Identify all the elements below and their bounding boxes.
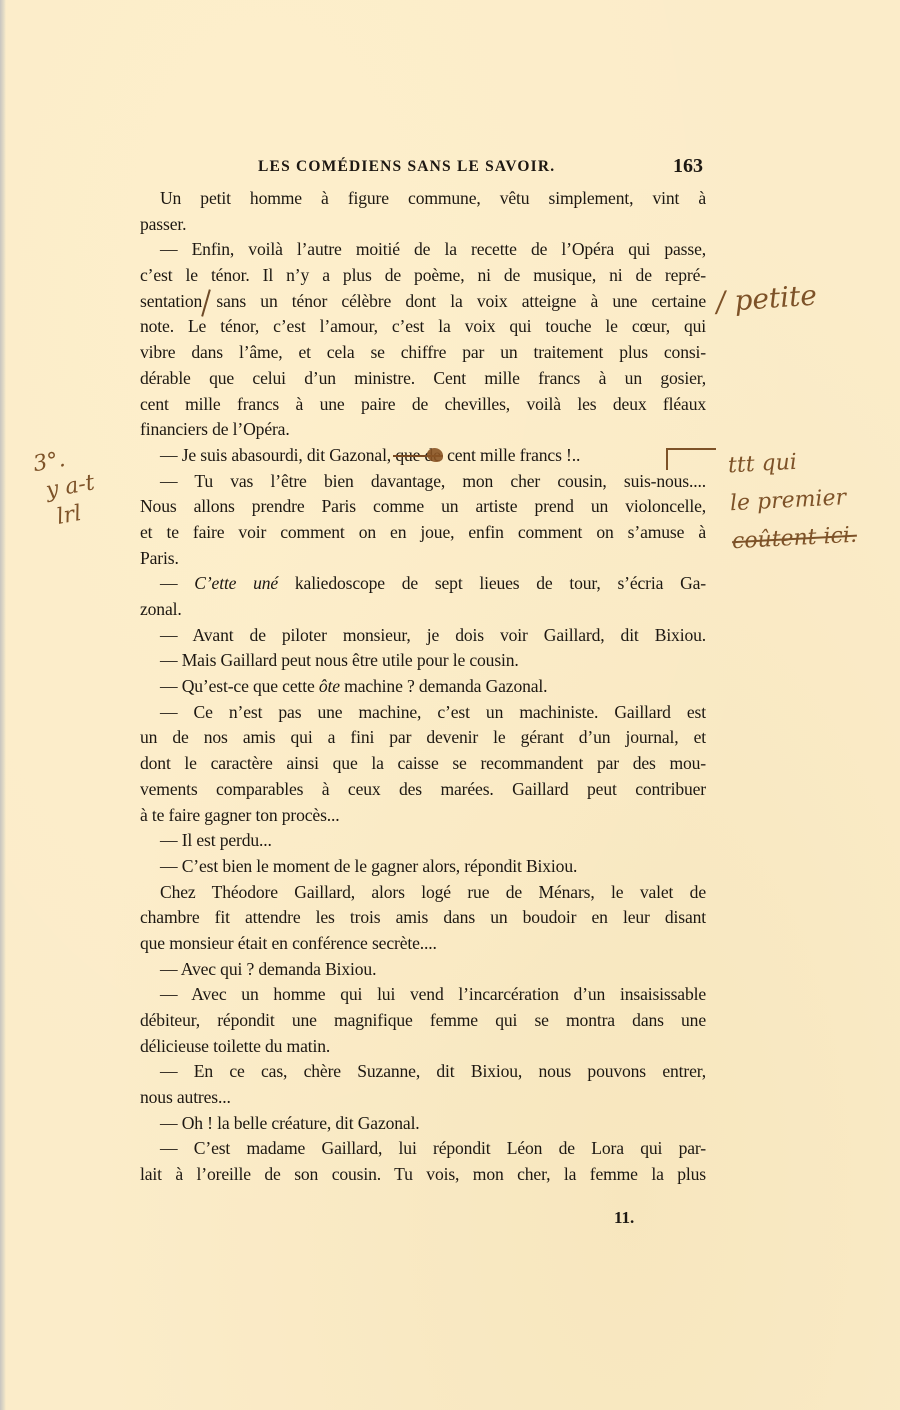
- text-line: nous autres...: [140, 1085, 706, 1111]
- text-line: — Mais Gaillard peut nous être utile pou…: [140, 648, 706, 674]
- margin-annotation-right: ttt qui le premier coûtent ici.: [727, 441, 858, 561]
- text-segment: cent mille francs !..: [443, 445, 580, 465]
- text-line: — Avant de piloter monsieur, je dois voi…: [140, 623, 706, 649]
- text-line: — Tu vas l’être bien davantage, mon cher…: [140, 469, 706, 495]
- text-line: — Ce n’est pas une machine, c’est un mac…: [140, 700, 706, 726]
- text-line: — C’est madame Gaillard, lui répondit Lé…: [140, 1136, 706, 1162]
- text-line: cent mille francs à une paire de chevill…: [140, 392, 706, 418]
- text-line: — Avec qui ? demanda Bixiou.: [140, 957, 706, 983]
- italic-dialect-word: ôte: [319, 676, 340, 696]
- italic-dialect-word: C’ette uné: [194, 573, 278, 593]
- ink-blot: [427, 448, 443, 462]
- text-segment: —: [160, 573, 194, 593]
- text-line: dérable que celui d’un ministre. Cent mi…: [140, 366, 706, 392]
- running-title: LES COMÉDIENS SANS LE SAVOIR.: [258, 158, 555, 176]
- text-line: financiers de l’Opéra.: [140, 417, 706, 443]
- page-number: 163: [673, 155, 703, 178]
- text-line: — Je suis abasourdi, dit Gazonal, que de…: [140, 443, 706, 469]
- margin-annotation-right-line-3: coûtent ici.: [731, 517, 858, 561]
- page-edge-shadow: [0, 0, 6, 1410]
- text-segment: — Je suis abasourdi, dit Gazonal,: [160, 445, 395, 465]
- text-line: passer.: [140, 212, 706, 238]
- text-line: Un petit homme à figure commune, vêtu si…: [140, 186, 706, 212]
- text-line: Paris.: [140, 546, 706, 572]
- text-line: — C’est bien le moment de le gagner alor…: [140, 854, 706, 880]
- text-line: à te faire gagner ton procès...: [140, 803, 706, 829]
- text-line: sentation sans un ténor célèbre dont la …: [140, 289, 706, 315]
- text-line: et te faire voir comment on en joue, enf…: [140, 520, 706, 546]
- running-header: LES COMÉDIENS SANS LE SAVOIR. 163: [140, 158, 706, 182]
- text-line: Chez Théodore Gaillard, alors logé rue d…: [140, 880, 706, 906]
- text-line: délicieuse toilette du matin.: [140, 1034, 706, 1060]
- scanned-book-page: LES COMÉDIENS SANS LE SAVOIR. 163 Un pet…: [0, 0, 900, 1410]
- text-line: un de nos amis qui a fini par devenir le…: [140, 725, 706, 751]
- text-line: que monsieur était en conférence secrète…: [140, 931, 706, 957]
- text-line: vements comparables à ceux des marées. G…: [140, 777, 706, 803]
- text-line: note. Le ténor, c’est l’amour, c’est la …: [140, 314, 706, 340]
- text-segment: machine ? demanda Gazonal.: [340, 676, 547, 696]
- text-line: — C’ette uné kaliedoscope de sept lieues…: [140, 571, 706, 597]
- text-line: — Il est perdu...: [140, 828, 706, 854]
- text-line: — Avec un homme qui lui vend l’incarcéra…: [140, 982, 706, 1008]
- margin-annotation-petite: / petite: [715, 279, 818, 319]
- text-line: — Qu’est-ce que cette ôte machine ? dema…: [140, 674, 706, 700]
- text-line: débiteur, répondit une magnifique femme …: [140, 1008, 706, 1034]
- text-line: zonal.: [140, 597, 706, 623]
- text-line: vibre dans l’âme, et cela se chiffre par…: [140, 340, 706, 366]
- text-segment: kaliedoscope de sept lieues de tour, s’é…: [278, 573, 706, 593]
- margin-annotation-right-line-2: le premier: [729, 479, 856, 523]
- text-line: — Enfin, voilà l’autre moitié de la rece…: [140, 237, 706, 263]
- text-line: c’est le ténor. Il n’y a plus de poème, …: [140, 263, 706, 289]
- signature-mark: 11.: [614, 1208, 634, 1228]
- text-line: — En ce cas, chère Suzanne, dit Bixiou, …: [140, 1059, 706, 1085]
- margin-annotation-left: 3°. y a-t lrl: [31, 442, 102, 535]
- text-line: Nous allons prendre Paris comme un artis…: [140, 494, 706, 520]
- text-line: chambre fit attendre les trois amis dans…: [140, 905, 706, 931]
- text-segment: — Qu’est-ce que cette: [160, 676, 319, 696]
- insertion-bracket-mark: [666, 448, 716, 470]
- margin-annotation-right-line-1: ttt qui: [727, 441, 854, 485]
- text-line: lait à l’oreille de son cousin. Tu vois,…: [140, 1162, 706, 1188]
- text-line: — Oh ! la belle créature, dit Gazonal.: [140, 1111, 706, 1137]
- body-text: Un petit homme à figure commune, vêtu si…: [140, 186, 706, 1188]
- text-line: dont le caractère ainsi que la caisse se…: [140, 751, 706, 777]
